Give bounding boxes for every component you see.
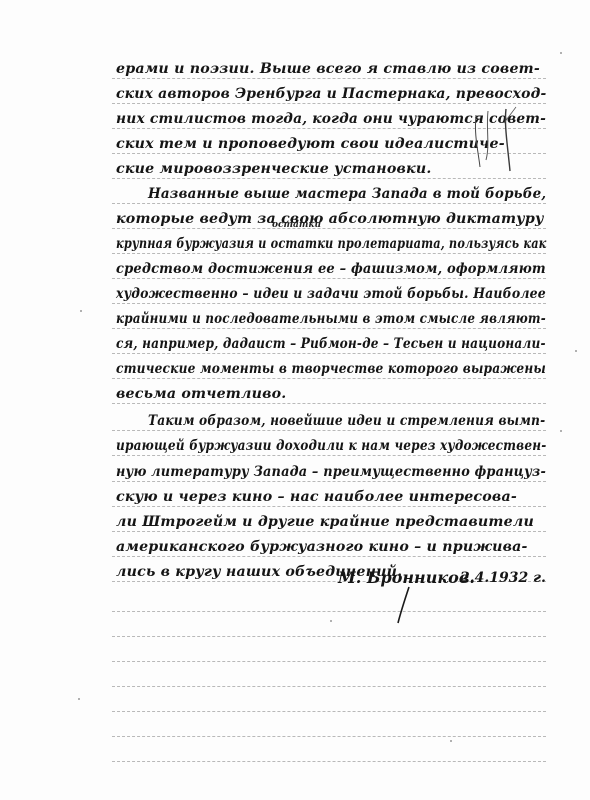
text-line: скую и через кино – нас наиболее интерес… xyxy=(116,486,546,508)
scan-speck xyxy=(80,310,82,312)
margin-pencil-marks xyxy=(468,105,528,175)
ruled-line xyxy=(112,636,546,637)
ruled-line xyxy=(112,761,546,762)
scan-speck xyxy=(78,698,80,700)
scan-speck xyxy=(330,620,332,622)
text-line: которые ведут за свою абсолютную диктату… xyxy=(116,208,546,230)
text-line: стические моменты в творчестве которого … xyxy=(116,358,486,380)
ruled-line xyxy=(112,661,546,662)
ruled-line xyxy=(112,736,546,737)
text-line: художественно – идеи и задачи этой борьб… xyxy=(116,283,494,305)
ruled-line xyxy=(112,611,546,612)
scan-speck xyxy=(560,430,562,432)
text-line: средством достижения ее – фашизмом, офор… xyxy=(116,258,510,280)
scan-speck xyxy=(575,350,577,352)
interlinear-insert: остатки xyxy=(272,220,321,230)
text-line: американского буржуазного кино – и прижи… xyxy=(116,536,546,558)
ruled-line xyxy=(112,711,546,712)
text-line: ских авторов Эренбурга и Пастернака, пре… xyxy=(116,83,538,105)
text-line: ся, например, дадаист – Рибмон-де – Тесь… xyxy=(116,333,484,355)
text-line: крайними и последовательными в этом смыс… xyxy=(116,308,478,330)
ruled-line xyxy=(112,686,546,687)
document-page: ерами и поэзии. Выше всего я ставлю из с… xyxy=(0,0,590,800)
text-line: ирающей буржуазии доходили к нам через х… xyxy=(116,435,484,457)
text-line: Таким образом, новейшие идеи и стремлени… xyxy=(148,410,491,432)
text-line: ерами и поэзии. Выше всего я ставлю из с… xyxy=(116,58,546,80)
signature-date: 2.4.1932 г. xyxy=(460,570,546,586)
text-line: весьма отчетливо. xyxy=(116,383,546,405)
text-line: Названные выше мастера Запада в той борь… xyxy=(148,183,525,205)
text-line: ную литературу Запада – преимущественно … xyxy=(116,461,506,483)
text-line: крупная буржуазия и остатки пролетариата… xyxy=(116,233,459,255)
scan-speck xyxy=(560,52,562,54)
text-line: ли Штрогейм и другие крайние представите… xyxy=(116,511,546,533)
signature-flourish xyxy=(395,585,415,625)
scan-speck xyxy=(450,740,452,742)
